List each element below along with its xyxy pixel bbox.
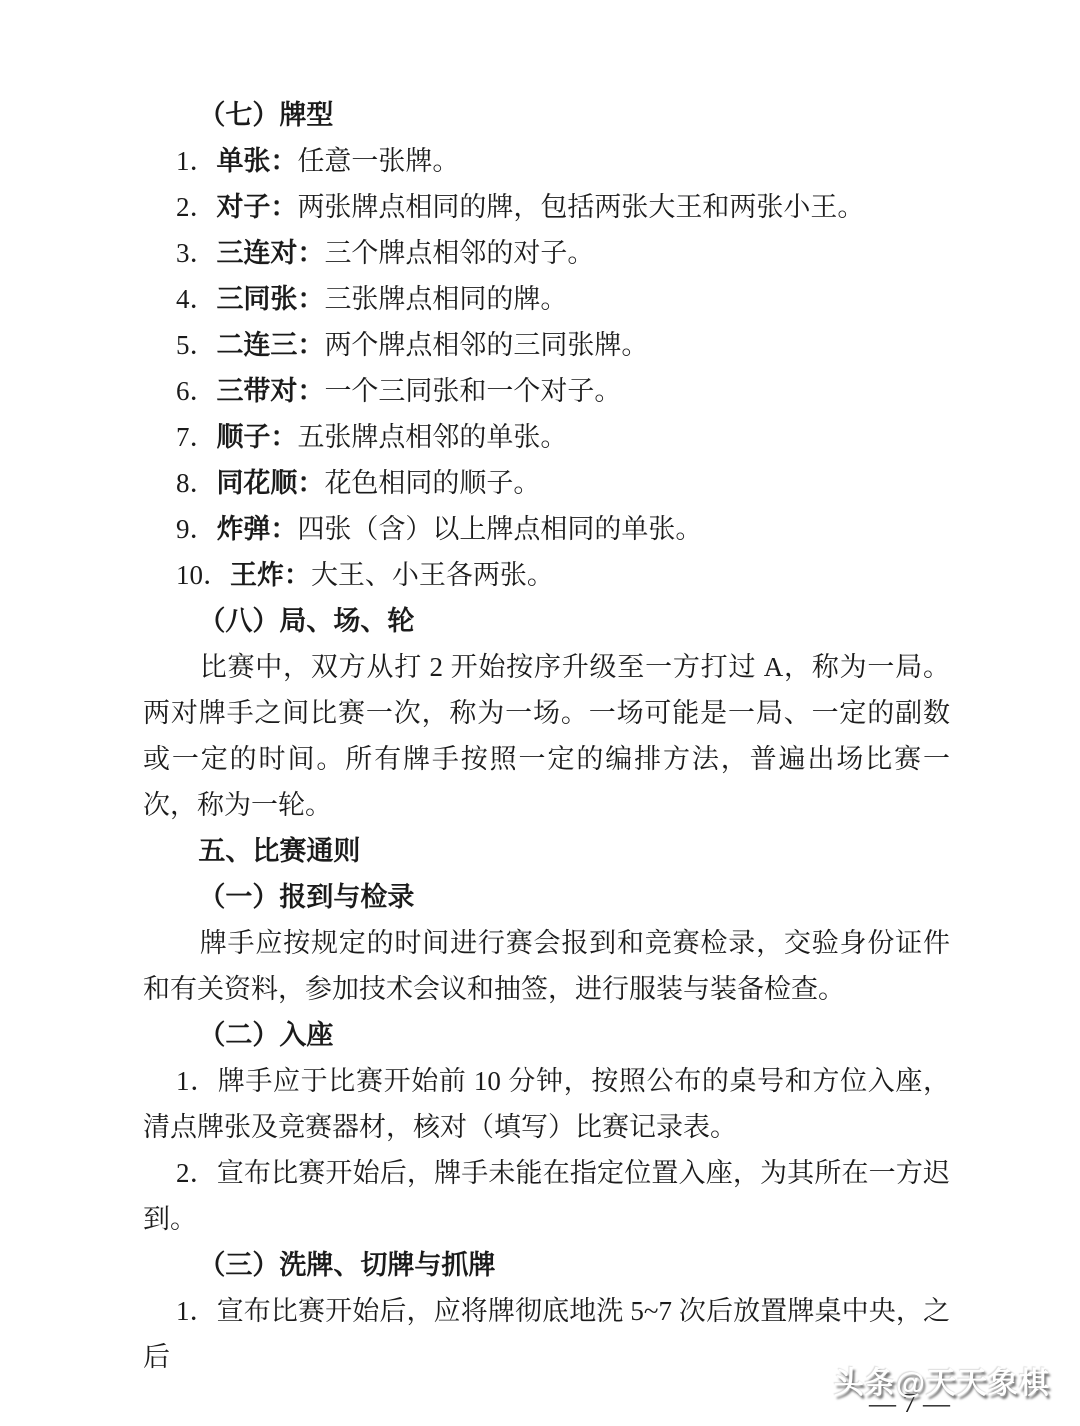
item-desc: 两个牌点相邻的三同张牌。 (324, 330, 648, 360)
item-number: 9． (176, 514, 217, 544)
item-desc: 任意一张牌。 (297, 146, 459, 176)
check-in-paragraph: 牌手应按规定的时间进行赛会报到和竞赛检录，交验身份证件和有关资料，参加技术会议和… (143, 920, 950, 1012)
item-number: 1． (176, 146, 217, 176)
item-desc: 花色相同的顺子。 (324, 468, 540, 498)
card-type-item: 8．同花顺：花色相同的顺子。 (143, 460, 950, 506)
item-term: 同花顺： (216, 468, 324, 498)
item-term: 三带对： (216, 376, 324, 406)
watermark: 头条@天天象棋 (834, 1358, 1050, 1402)
page-number: — 7 — (143, 1380, 950, 1426)
seating-item-2: 2．宣布比赛开始后，牌手未能在指定位置入座，为其所在一方迟到。 (143, 1150, 950, 1242)
item-term: 三同张： (216, 284, 324, 314)
card-type-item: 7．顺子：五张牌点相邻的单张。 (143, 414, 950, 460)
section-heading-card-types: （七）牌型 (143, 92, 950, 138)
card-type-item: 1．单张：任意一张牌。 (143, 138, 950, 184)
item-desc: 三个牌点相邻的对子。 (324, 238, 594, 268)
item-number: 6． (176, 376, 217, 406)
item-number: 2． (176, 192, 217, 222)
seating-item-1: 1．牌手应于比赛开始前 10 分钟，按照公布的桌号和方位入座，清点牌张及竞赛器材… (143, 1058, 950, 1150)
card-type-item: 4．三同张：三张牌点相同的牌。 (143, 276, 950, 322)
item-number: 5． (176, 330, 217, 360)
item-term: 王炸： (230, 560, 311, 590)
item-desc: 一个三同张和一个对子。 (324, 376, 621, 406)
item-term: 对子： (216, 192, 297, 222)
item-number: 7． (176, 422, 217, 452)
item-term: 单张： (216, 146, 297, 176)
item-desc: 三张牌点相同的牌。 (324, 284, 567, 314)
card-type-item: 10．王炸：大王、小王各两张。 (143, 552, 950, 598)
subsection-heading-check-in: （一）报到与检录 (143, 874, 950, 920)
item-desc: 四张（含）以上牌点相同的单张。 (297, 514, 702, 544)
item-term: 三连对： (216, 238, 324, 268)
item-desc: 大王、小王各两张。 (311, 560, 554, 590)
item-term: 炸弹： (216, 514, 297, 544)
card-type-item: 6．三带对：一个三同张和一个对子。 (143, 368, 950, 414)
card-type-item: 2．对子：两张牌点相同的牌，包括两张大王和两张小王。 (143, 184, 950, 230)
card-type-item: 3．三连对：三个牌点相邻的对子。 (143, 230, 950, 276)
section-heading-general-rules: 五、比赛通则 (143, 828, 950, 874)
card-type-item: 5．二连三：两个牌点相邻的三同张牌。 (143, 322, 950, 368)
subsection-heading-seating: （二）入座 (143, 1012, 950, 1058)
item-term: 顺子： (216, 422, 297, 452)
item-desc: 五张牌点相邻的单张。 (297, 422, 567, 452)
item-desc: 两张牌点相同的牌，包括两张大王和两张小王。 (297, 192, 864, 222)
subsection-heading-shuffle: （三）洗牌、切牌与抓牌 (143, 1242, 950, 1288)
card-type-item: 9．炸弹：四张（含）以上牌点相同的单张。 (143, 506, 950, 552)
item-term: 二连三： (216, 330, 324, 360)
shuffle-item-1: 1．宣布比赛开始后，应将牌彻底地洗 5~7 次后放置牌桌中央，之后 (143, 1288, 950, 1380)
item-number: 10． (176, 560, 230, 590)
document-page: （七）牌型 1．单张：任意一张牌。 2．对子：两张牌点相同的牌，包括两张大王和两… (143, 92, 950, 1426)
item-number: 4． (176, 284, 217, 314)
round-paragraph: 比赛中，双方从打 2 开始按序升级至一方打过 A，称为一局。两对牌手之间比赛一次… (143, 644, 950, 828)
item-number: 3． (176, 238, 217, 268)
section-heading-round: （八）局、场、轮 (143, 598, 950, 644)
item-number: 8． (176, 468, 217, 498)
